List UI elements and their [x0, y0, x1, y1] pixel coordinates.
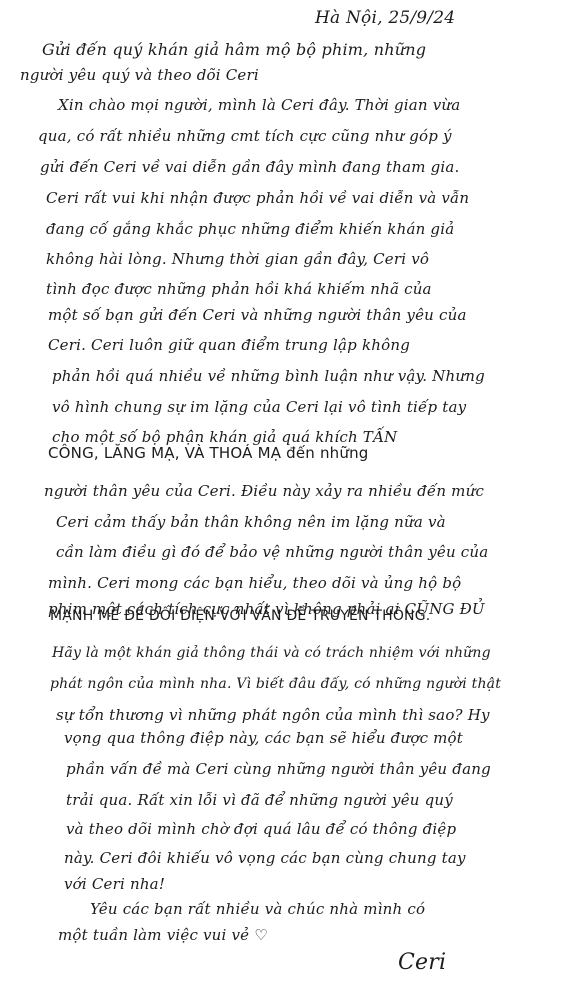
- letter-line: vô hình chung sự im lặng của Ceri lại vô…: [52, 398, 466, 416]
- letter-line: không hài lòng. Nhưng thời gian gần đây,…: [46, 250, 429, 268]
- letter-line: MẠNH MẼ ĐỂ ĐỐI DIỆN VỚI VẤN ĐỀ TRUYỀN TH…: [50, 608, 430, 624]
- letter-line: mình. Ceri mong các bạn hiểu, theo dõi v…: [48, 574, 461, 592]
- letter-line: vọng qua thông điệp này, các bạn sẽ hiểu…: [64, 729, 463, 747]
- letter-line: tình đọc được những phản hồi khá khiếm n…: [46, 280, 432, 298]
- letter-line: Xin chào mọi người, mình là Ceri đây. Th…: [58, 96, 460, 114]
- letter-line: này. Ceri đôi khiếu vô vọng các bạn cùng…: [64, 849, 466, 867]
- letter-line: Ceri cảm thấy bản thân không nên im lặng…: [56, 513, 446, 531]
- letter-line: CÔNG, LĂNG MẠ, VÀ THOÁ MẠ đến những: [48, 444, 369, 462]
- letter-line: qua, có rất nhiều những cmt tích cực cũn…: [38, 127, 452, 145]
- letter-signature: Ceri: [398, 950, 446, 975]
- letter-line: người yêu quý và theo dõi Ceri: [20, 66, 259, 84]
- letter-line: Ceri rất vui khi nhận được phản hồi về v…: [46, 189, 469, 207]
- letter-line: một số bạn gửi đến Ceri và những người t…: [48, 306, 467, 324]
- letter-line: sự tổn thương vì những phát ngôn của mìn…: [56, 706, 490, 724]
- letter-line: cần làm điều gì đó để bảo vệ những người…: [56, 543, 488, 561]
- letter-line: Gửi đến quý khán giả hâm mộ bộ phim, nhữ…: [42, 40, 426, 59]
- letter-line: Yêu các bạn rất nhiều và chúc nhà mình c…: [90, 900, 425, 918]
- letter-line: phản hồi quá nhiều về những bình luận nh…: [52, 367, 485, 385]
- letter-line: đang cố gắng khắc phục những điểm khiến …: [46, 220, 454, 238]
- handwritten-letter: Hà Nội, 25/9/24 Gửi đến quý khán giả hâm…: [0, 0, 561, 1000]
- letter-line: người thân yêu của Ceri. Điều này xảy ra…: [44, 482, 484, 500]
- letter-line: phát ngôn của mình nha. Vì biết đâu đấy,…: [50, 676, 501, 692]
- letter-date: Hà Nội, 25/9/24: [315, 8, 455, 28]
- letter-line: và theo dõi mình chờ đợi quá lâu để có t…: [66, 820, 456, 838]
- letter-line: Hãy là một khán giả thông thái và có trá…: [52, 645, 491, 661]
- letter-line: gửi đến Ceri về vai diễn gần đây mình đa…: [40, 158, 460, 176]
- letter-line: phần vấn đề mà Ceri cùng những người thâ…: [66, 760, 491, 778]
- letter-line: với Ceri nha!: [64, 875, 165, 893]
- letter-line: Ceri. Ceri luôn giữ quan điểm trung lập …: [48, 336, 410, 354]
- letter-line: trải qua. Rất xin lỗi vì đã để những ngư…: [66, 791, 453, 809]
- letter-line: một tuần làm việc vui vẻ ♡: [58, 926, 268, 944]
